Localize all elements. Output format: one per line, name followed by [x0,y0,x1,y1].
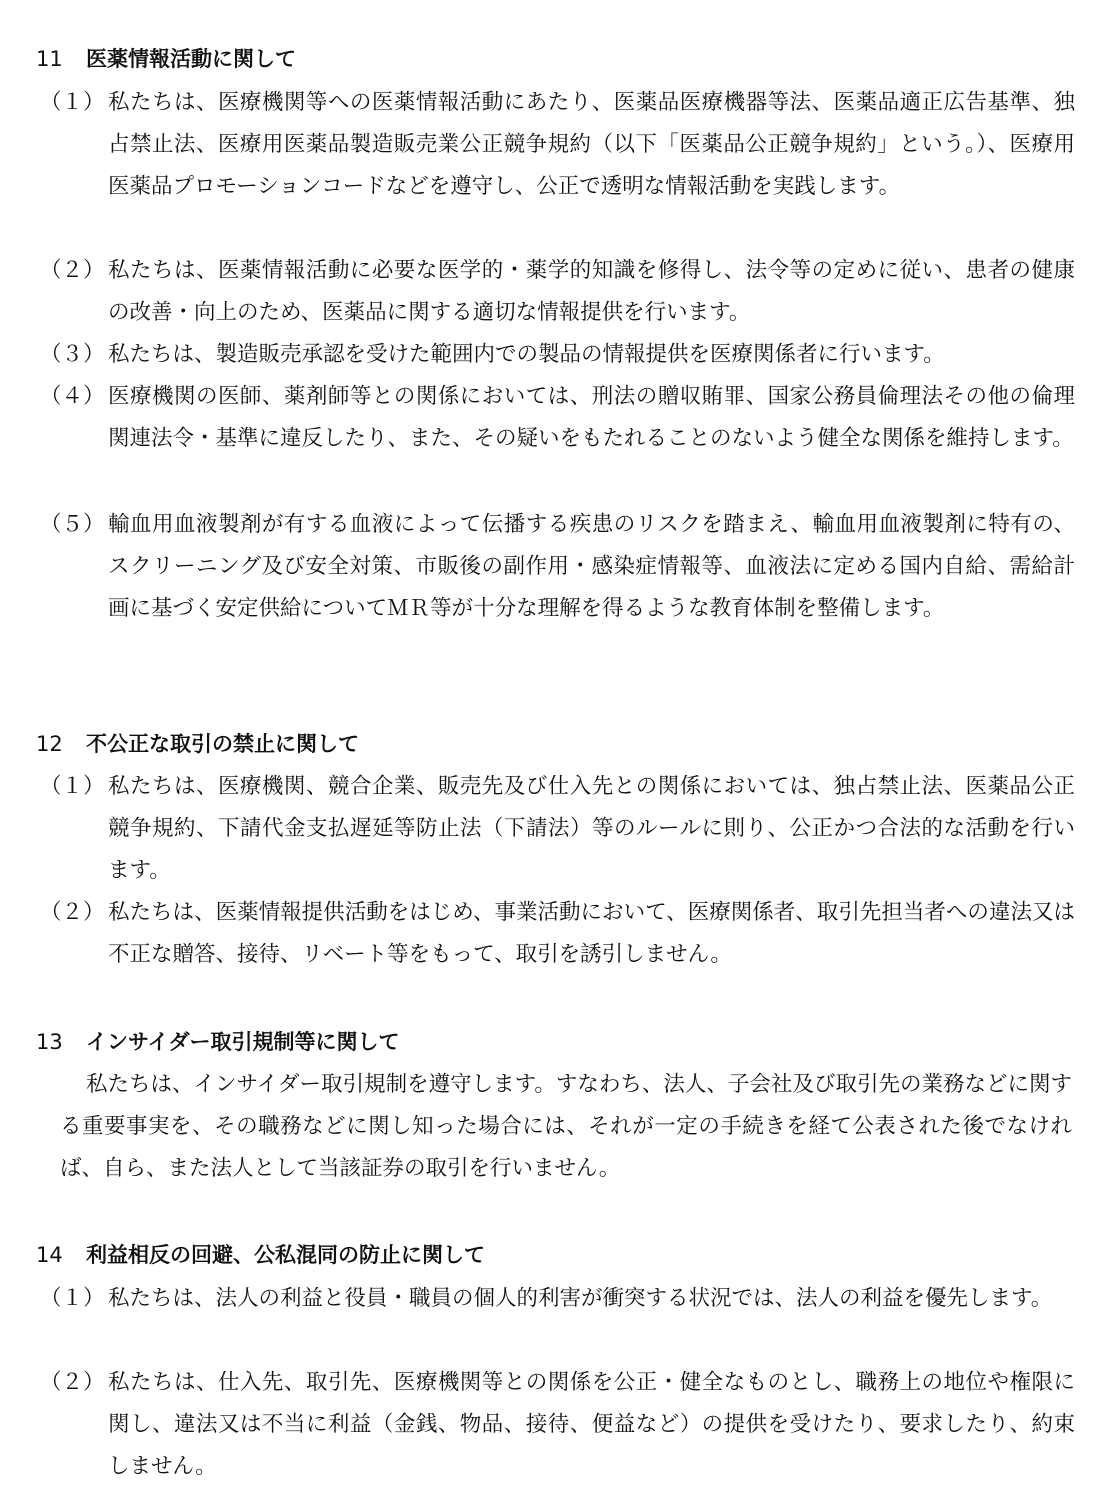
item-text: 輸血用血液製剤が有する血液によって伝播する疾患のリスクを踏まえ、輸血用血液製剤に… [108,504,1075,630]
item-marker: （１） [40,1278,108,1320]
item-marker: （２） [40,250,108,292]
section-number: 14 [36,1240,86,1270]
item-text: 私たちは、医薬情報提供活動をはじめ、事業活動において、医療関係者、取引先担当者へ… [108,892,1075,976]
item-text: 私たちは、法人の利益と役員・職員の個人的利害が衝突する状況では、法人の利益を優先… [108,1278,1075,1320]
item-text: 私たちは、仕入先、取引先、医療機関等との関係を公正・健全なものとし、職務上の地位… [108,1362,1075,1488]
item-marker: （２） [40,1362,108,1404]
item-marker: （４） [40,376,108,418]
section-number: 12 [36,729,86,759]
list-item: （２） 私たちは、医薬情報提供活動をはじめ、事業活動において、医療関係者、取引先… [40,892,1075,976]
item-marker: （５） [40,504,108,546]
item-text: 私たちは、医療機関、競合企業、販売先及び仕入先との関係においては、独占禁止法、医… [108,766,1075,892]
section-heading-14: 14利益相反の回避、公私混同の防止に関して [36,1240,485,1270]
item-marker: （１） [40,766,108,808]
item-marker: （２） [40,892,108,934]
section-heading-12: 12不公正な取引の禁止に関して [36,729,359,759]
item-text: 私たちは、製造販売承認を受けた範囲内での製品の情報提供を医療関係者に行います。 [108,334,1075,376]
list-item: （３） 私たちは、製造販売承認を受けた範囲内での製品の情報提供を医療関係者に行い… [40,334,1075,376]
list-item: （１） 私たちは、法人の利益と役員・職員の個人的利害が衝突する状況では、法人の利… [40,1278,1075,1320]
item-marker: （１） [40,82,108,124]
section-title: 不公正な取引の禁止に関して [86,732,359,756]
section-paragraph: 私たちは、インサイダー取引規制を遵守します。すなわち、法人、子会社及び取引先の業… [60,1064,1072,1190]
section-title: 利益相反の回避、公私混同の防止に関して [86,1243,485,1267]
item-text: 私たちは、医療機関等への医薬情報活動にあたり、医薬品医療機器等法、医薬品適正広告… [108,82,1075,208]
list-item: （２） 私たちは、医薬情報活動に必要な医学的・薬学的知識を修得し、法令等の定めに… [40,250,1075,334]
section-title: 医薬情報活動に関して [86,47,296,71]
list-item: （２） 私たちは、仕入先、取引先、医療機関等との関係を公正・健全なものとし、職務… [40,1362,1075,1488]
section-title: インサイダー取引規制等に関して [86,1030,400,1054]
list-item: （５） 輸血用血液製剤が有する血液によって伝播する疾患のリスクを踏まえ、輸血用血… [40,504,1075,630]
section-heading-11: 11医薬情報活動に関して [36,44,296,74]
section-heading-13: 13インサイダー取引規制等に関して [36,1027,400,1057]
item-text: 私たちは、医薬情報活動に必要な医学的・薬学的知識を修得し、法令等の定めに従い、患… [108,250,1075,334]
section-number: 11 [36,44,86,74]
list-item: （４） 医療機関の医師、薬剤師等との関係においては、刑法の贈収賄罪、国家公務員倫… [40,376,1075,460]
item-text: 医療機関の医師、薬剤師等との関係においては、刑法の贈収賄罪、国家公務員倫理法その… [108,376,1075,460]
section-number: 13 [36,1027,86,1057]
list-item: （１） 私たちは、医療機関等への医薬情報活動にあたり、医薬品医療機器等法、医薬品… [40,82,1075,208]
list-item: （１） 私たちは、医療機関、競合企業、販売先及び仕入先との関係においては、独占禁… [40,766,1075,892]
item-marker: （３） [40,334,108,376]
